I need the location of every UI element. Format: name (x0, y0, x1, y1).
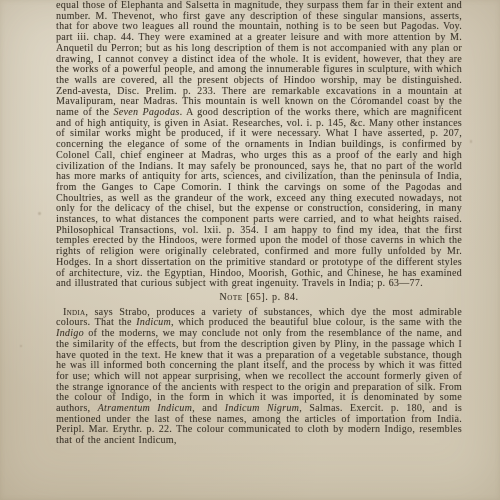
note-text-paragraph: India, says Strabo, produces a variety o… (56, 308, 462, 447)
paper-speck (38, 212, 41, 215)
paper-speck (470, 140, 472, 143)
note-heading: Note [65]. p. 84. (56, 293, 462, 304)
page-text-column: equal those of Elephanta and Salsetta in… (56, 1, 462, 447)
body-text-paragraph-continuation: equal those of Elephanta and Salsetta in… (56, 1, 462, 290)
book-page: equal those of Elephanta and Salsetta in… (0, 0, 500, 500)
paper-speck (20, 345, 22, 347)
